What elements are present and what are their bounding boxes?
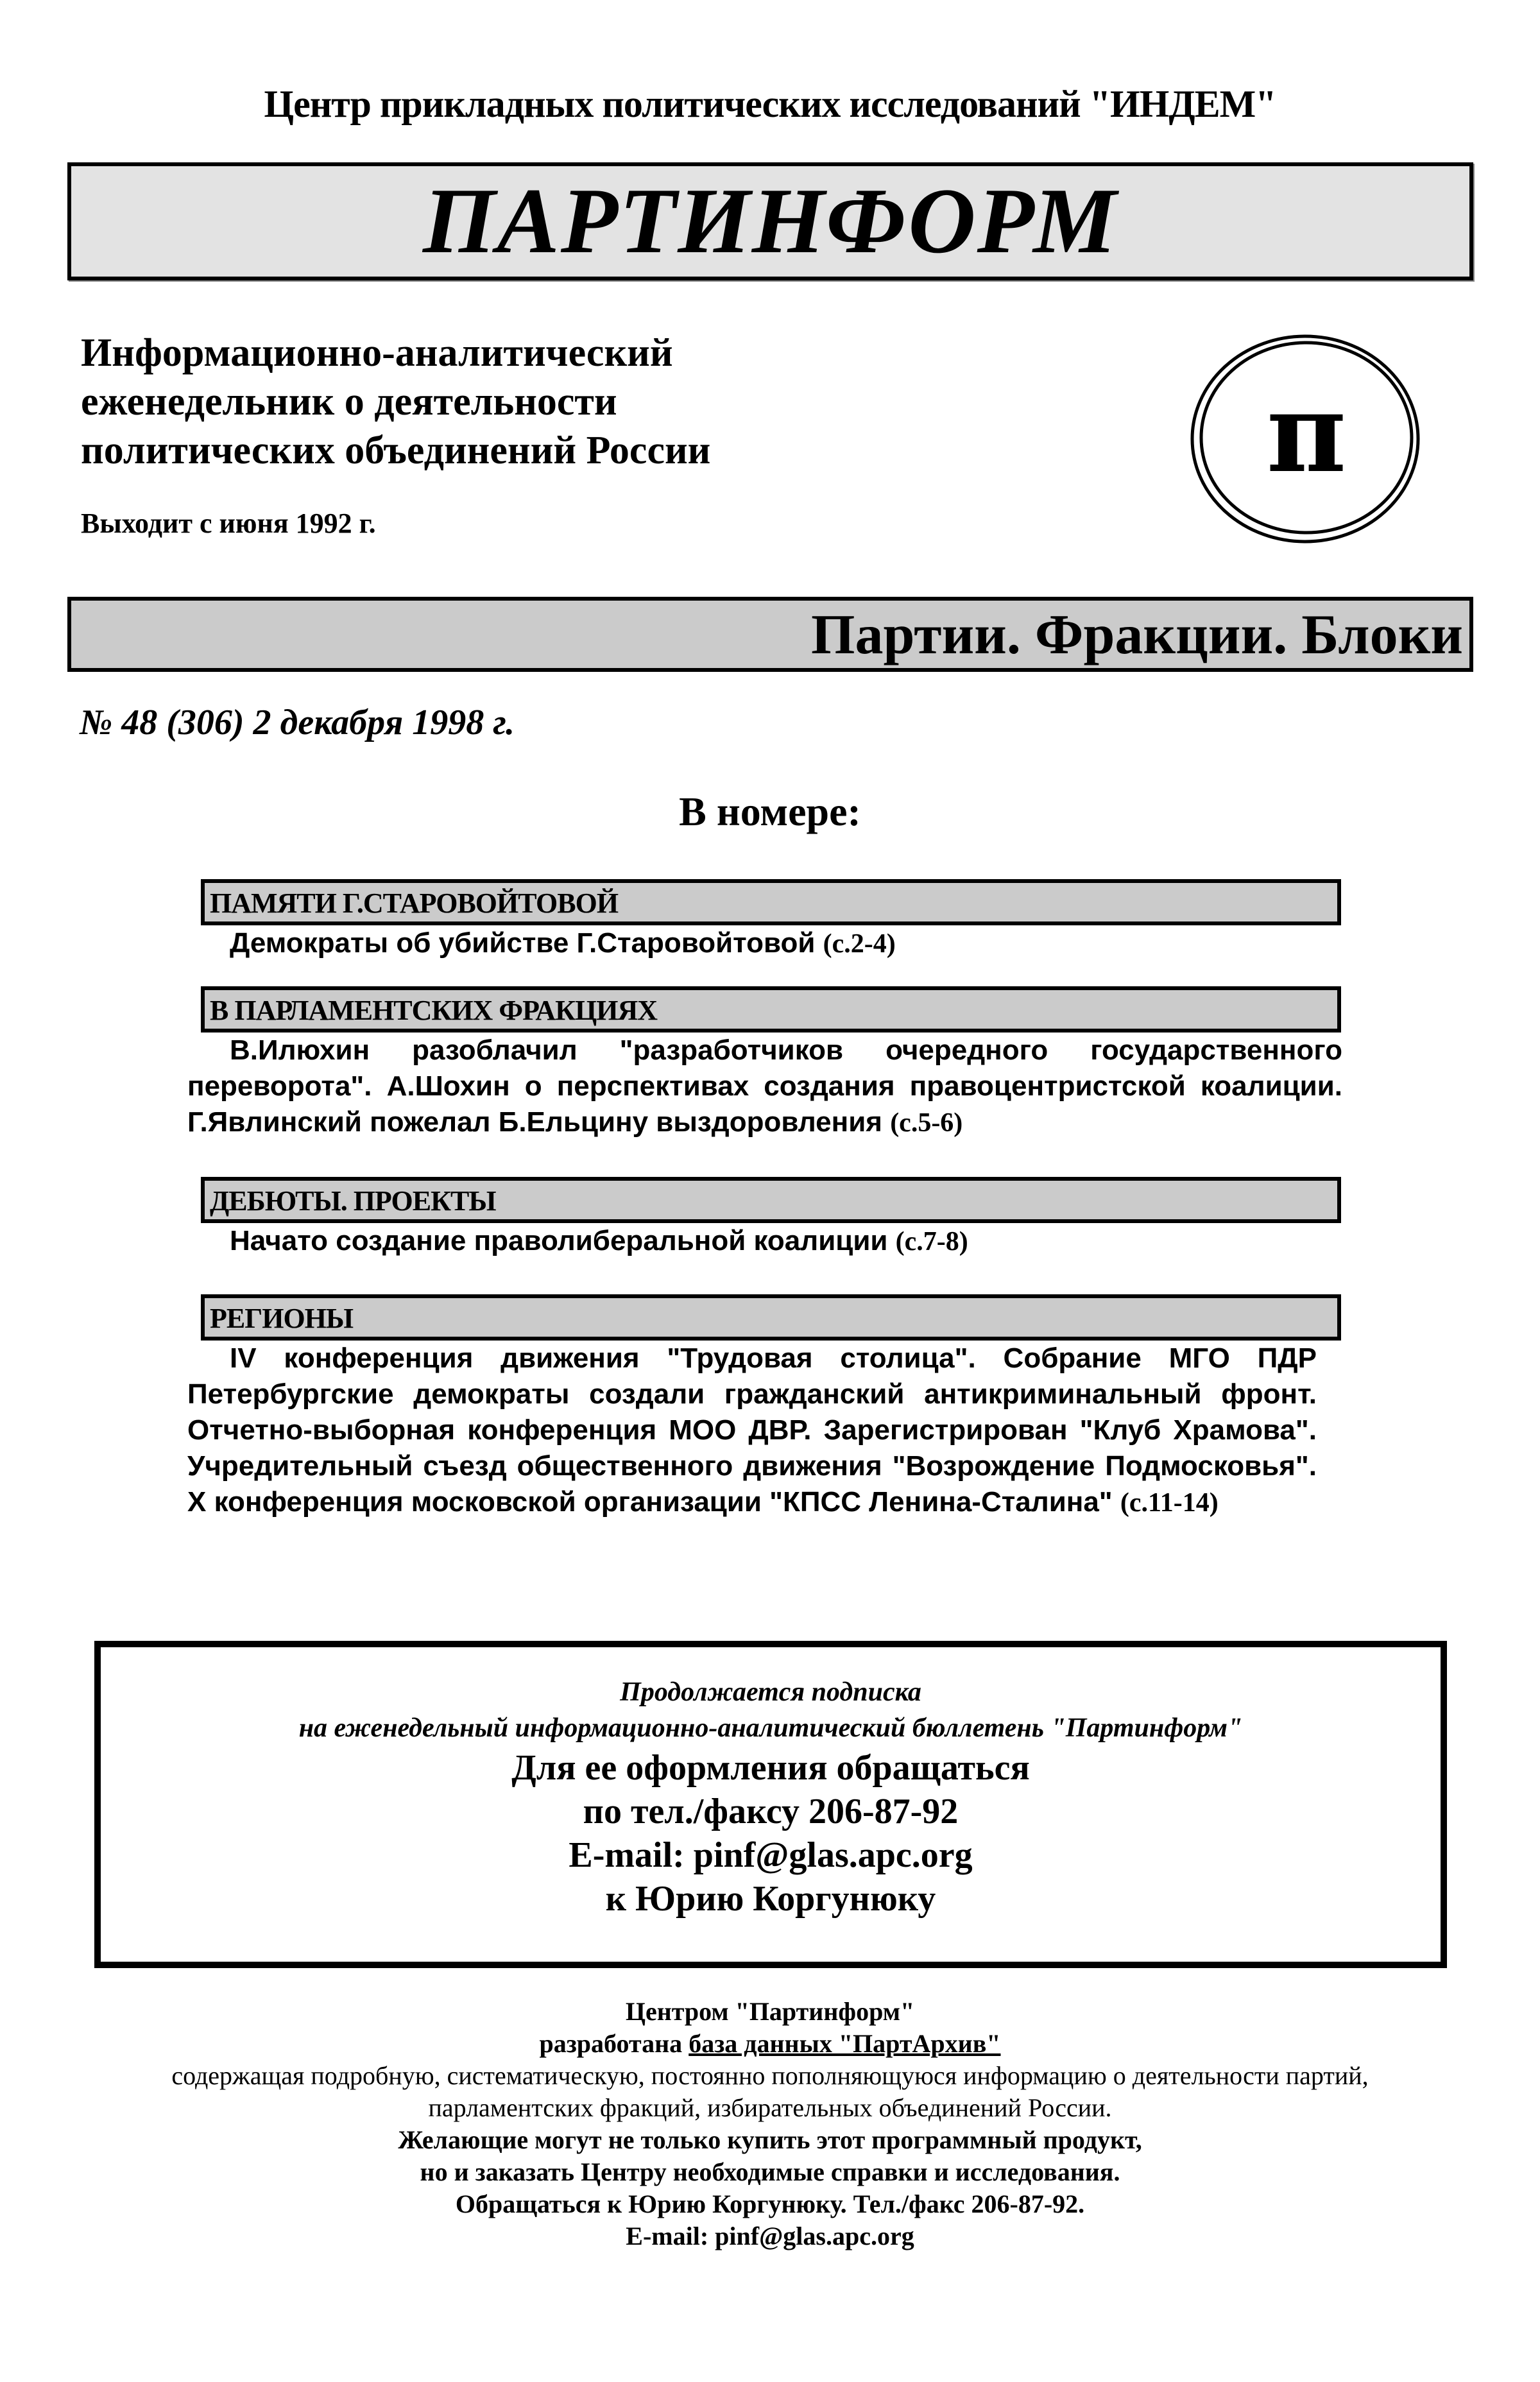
page-range: (с.2-4) (823, 929, 896, 959)
footer-line: разработана база данных "ПартАрхив" (0, 2028, 1540, 2060)
section-summary: Демократы об убийстве Г.Старовойтовой (с… (187, 925, 1342, 962)
organization-line: Центр прикладных политических исследован… (0, 82, 1540, 126)
contents-heading: В номере: (0, 788, 1540, 835)
masthead-title-box: ПАРТИНФОРМ (67, 162, 1473, 280)
publication-since: Выходит с июня 1992 г. (81, 507, 376, 540)
subscription-email[interactable]: E-mail: pinf@glas.apc.org (101, 1833, 1441, 1877)
footer-line: Обращаться к Юрию Коргунюку. Тел./факс 2… (0, 2188, 1540, 2220)
footer-line: Центром "Партинформ" (0, 1996, 1540, 2028)
rubric-title: Партии. Фракции. Блоки (811, 603, 1463, 667)
issue-number-date: № 48 (306) 2 декабря 1998 г. (80, 702, 515, 743)
subtitle-line: политических объединений России (81, 426, 710, 475)
section-summary: В.Илюхин разоблачил "разработчиков очере… (187, 1032, 1342, 1141)
subscription-contact: к Юрию Коргунюку (101, 1877, 1441, 1921)
section-title: ДЕБЮТЫ. ПРОЕКТЫ (210, 1185, 496, 1218)
footer-line: но и заказать Центру необходимые справки… (0, 2156, 1540, 2188)
footer-line: содержащая подробную, систематическую, п… (0, 2060, 1540, 2092)
svg-text:π: π (1267, 369, 1346, 497)
masthead-title: ПАРТИНФОРМ (71, 173, 1469, 269)
footer: Центром "Партинформ" разработана база да… (0, 1996, 1540, 2252)
subscription-phone: по тел./факсу 206-87-92 (101, 1790, 1441, 1833)
section-title: В ПАРЛАМЕНТСКИХ ФРАКЦИЯХ (210, 994, 657, 1027)
rubric-box: Партии. Фракции. Блоки (67, 597, 1473, 672)
footer-line: парламентских фракций, избирательных объ… (0, 2092, 1540, 2124)
footer-text: разработана (539, 2029, 689, 2058)
page-range: (с.7-8) (896, 1227, 968, 1256)
section-summary: Начато создание праволиберальной коалици… (187, 1223, 1342, 1260)
subscription-box: Продолжается подписка на еженедельный ин… (94, 1641, 1447, 1968)
section-text: В.Илюхин разоблачил "разработчиков очере… (187, 1034, 1342, 1138)
masthead-subtitle: Информационно-аналитический еженедельник… (81, 329, 710, 475)
section-header-debuts: ДЕБЮТЫ. ПРОЕКТЫ (201, 1177, 1341, 1223)
section-header-memory: ПАМЯТИ Г.СТАРОВОЙТОВОЙ (201, 879, 1341, 925)
page-range: (с.5-6) (890, 1108, 963, 1138)
subscription-line: Для ее оформления обращаться (101, 1746, 1441, 1790)
section-summary: IV конференция движения "Трудовая столиц… (187, 1341, 1317, 1521)
page-range: (с.11-14) (1120, 1488, 1219, 1518)
section-text: Демократы об убийстве Г.Старовойтовой (187, 927, 815, 959)
database-link[interactable]: база данных "ПартАрхив" (689, 2029, 1000, 2058)
section-header-parliament: В ПАРЛАМЕНТСКИХ ФРАКЦИЯХ (201, 986, 1341, 1032)
subscription-line: на еженедельный информационно-аналитичес… (101, 1710, 1441, 1746)
subtitle-line: еженедельник о деятельности (81, 377, 710, 426)
pi-circle-logo-icon: π (1185, 331, 1426, 547)
subtitle-line: Информационно-аналитический (81, 329, 710, 377)
section-text: Начато создание праволиберальной коалици… (187, 1225, 887, 1256)
section-title: РЕГИОНЫ (210, 1302, 353, 1335)
section-title: ПАМЯТИ Г.СТАРОВОЙТОВОЙ (210, 887, 618, 920)
section-header-regions: РЕГИОНЫ (201, 1294, 1341, 1341)
footer-email[interactable]: E-mail: pinf@glas.apc.org (0, 2220, 1540, 2252)
subscription-line: Продолжается подписка (101, 1674, 1441, 1710)
footer-line: Желающие могут не только купить этот про… (0, 2124, 1540, 2156)
